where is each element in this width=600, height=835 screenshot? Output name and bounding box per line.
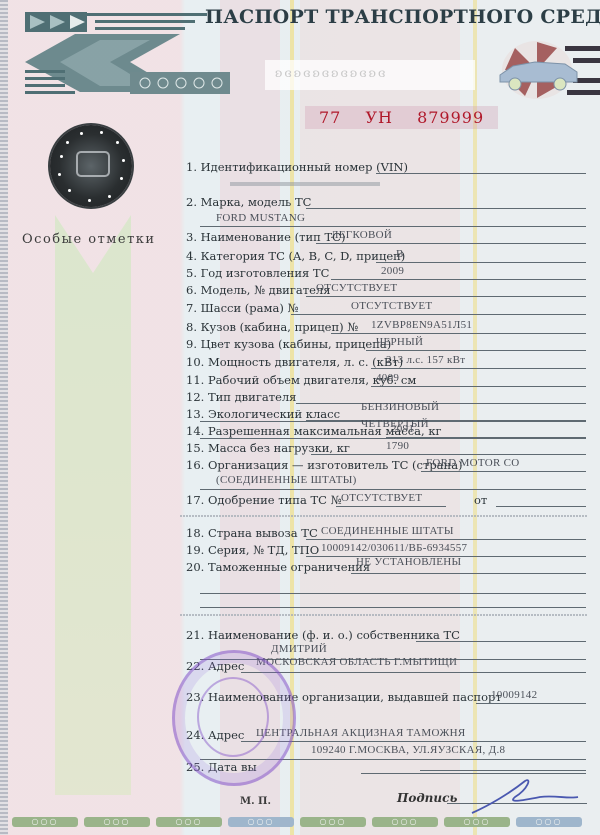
- field-16: 16. Организация — изготовитель ТС (стран…: [186, 458, 586, 472]
- field-21: 21. Наименование (ф. и. о.) собственника…: [186, 628, 586, 642]
- continuation-line: [200, 489, 586, 490]
- vin-value-redacted: [230, 182, 380, 186]
- continuation-line: [200, 438, 586, 439]
- field-value: НЕ УСТАНОВЛЕНЫ: [356, 556, 461, 568]
- field-underline: [386, 437, 586, 438]
- field-value: FORD MUSTANG: [216, 212, 305, 224]
- section-divider: [180, 515, 588, 517]
- field-value: 10009142/030611/ВБ-6934557: [321, 542, 467, 554]
- signature-icon: [470, 775, 580, 815]
- field-underline: [496, 506, 586, 507]
- field-label: 10. Мощность двигателя, л. с. (кВт): [186, 355, 403, 369]
- field-label: 16. Организация — изготовитель ТС (стран…: [186, 458, 463, 472]
- field-2: 2. Марка, модель ТСFORD MUSTANG: [186, 195, 586, 209]
- field-underline: [421, 471, 586, 472]
- chevron-arrows-emblem-icon: [20, 12, 230, 107]
- background-chevron: [55, 215, 131, 795]
- field-label: 8. Кузов (кабина, прицеп) №: [186, 320, 358, 334]
- field-underline: [366, 350, 586, 351]
- field-label: 7. Шасси (рама) №: [186, 301, 298, 315]
- field-value: МОСКОВСКАЯ ОБЛАСТЬ Г.МЫТИЩИ: [256, 656, 457, 668]
- field-value: FORD MOTOR CO: [426, 457, 520, 469]
- field-label: 13. Экологический класс: [186, 407, 340, 421]
- field-underline: [371, 368, 586, 369]
- field-underline: [371, 386, 586, 387]
- field-value: ЧЕРНЫЙ: [376, 336, 423, 348]
- field-label: 5. Год изготовления ТС: [186, 266, 329, 280]
- field-15: 15. Масса без нагрузки, кг1790: [186, 441, 586, 455]
- mp-label: М. П.: [240, 796, 271, 807]
- field-label: 17. Одобрение типа ТС №: [186, 493, 341, 507]
- date-line: [420, 770, 586, 771]
- hologram-seal-icon: [50, 125, 132, 207]
- watermark-band: ʚɞʚɞʚɞʚɞʚɞʚɞ: [265, 60, 475, 90]
- strip-segment: ○○○: [300, 817, 366, 827]
- field-17: 17. Одобрение типа ТС №отОТСУТСТВУЕТ: [186, 493, 586, 507]
- blank-line: [200, 593, 586, 594]
- field-underline: [316, 243, 586, 244]
- field-label: 6. Модель, № двигателя: [186, 283, 330, 297]
- field-label: 19. Серия, № ТД, ТПО: [186, 543, 319, 557]
- field-underline: [306, 208, 586, 209]
- field-underline: [376, 173, 586, 174]
- blank-line: [200, 607, 586, 608]
- field-underline: [241, 672, 586, 673]
- field-underline: [291, 314, 586, 315]
- field-18: 18. Страна вывоза ТССОЕДИНЕННЫЕ ШТАТЫ: [186, 526, 586, 540]
- field-underline: [361, 773, 586, 774]
- field-underline: [376, 262, 586, 263]
- field-value: ЛЕГКОВОЙ: [331, 229, 392, 241]
- field-14: 14. Разрешенная максимальная масса, кг20…: [186, 424, 586, 438]
- field-underline: [306, 296, 586, 297]
- field-label: 18. Страна вывоза ТС: [186, 526, 318, 540]
- field-underline: [241, 741, 586, 742]
- field-9: 9. Цвет кузова (кабины, прицепа)ЧЕРНЫЙ: [186, 337, 586, 351]
- field-label: 3. Наименование (тип ТС): [186, 230, 345, 244]
- strip-segment: ○○○: [84, 817, 150, 827]
- field-value: 2009: [381, 265, 404, 277]
- field-4: 4. Категория ТС (A, B, C, D, прицеп)B: [186, 249, 586, 263]
- field-value: СОЕДИНЕННЫЕ ШТАТЫ: [321, 525, 454, 537]
- field-label: 2. Марка, модель ТС: [186, 195, 311, 209]
- field-5: 5. Год изготовления ТС2009: [186, 266, 586, 280]
- passport-serial-number: 77 УН 879999: [305, 106, 498, 129]
- strip-segment: ○○○: [516, 817, 582, 827]
- field-10: 10. Мощность двигателя, л. с. (кВт)213 л…: [186, 355, 586, 369]
- strip-segment: ○○○: [372, 817, 438, 827]
- field-underline: [416, 641, 586, 642]
- field-11: 11. Рабочий объем двигателя, куб. см4009: [186, 373, 586, 387]
- serial-region: 77: [319, 108, 341, 127]
- field-value: ОТСУТСТВУЕТ: [341, 492, 422, 504]
- special-marks-label: Особые отметки: [22, 232, 156, 247]
- section-divider: [180, 614, 588, 616]
- field-7: 7. Шасси (рама) №ОТСУТСТВУЕТ: [186, 301, 586, 315]
- field-label: 9. Цвет кузова (кабины, прицепа): [186, 337, 391, 351]
- serial-series: УН: [365, 108, 393, 127]
- field-label: 20. Таможенные ограничения: [186, 560, 370, 574]
- continuation-line: [200, 226, 586, 227]
- field-value: ОТСУТСТВУЕТ: [351, 300, 432, 312]
- field-value: (СОЕДИНЕННЫЕ ШТАТЫ): [216, 474, 357, 486]
- field-suffix: от: [474, 493, 487, 507]
- car-emblem-icon: [495, 40, 600, 100]
- field-underline: [351, 573, 586, 574]
- field-underline: [296, 403, 586, 404]
- field-label: 15. Масса без нагрузки, кг: [186, 441, 350, 455]
- field-label: 12. Тип двигателя: [186, 390, 296, 404]
- field-12: 12. Тип двигателяБЕНЗИНОВЫЙ: [186, 390, 586, 404]
- serial-number: 879999: [417, 108, 484, 127]
- field-underline: [306, 420, 586, 421]
- field-value: 10009142: [491, 689, 537, 701]
- security-strip: ○○○○○○○○○○○○○○○○○○○○○○○○: [8, 817, 600, 829]
- document-title: ПАСПОРТ ТРАНСПОРТНОГО СРЕДСТВА: [205, 6, 600, 28]
- field-label: 4. Категория ТС (A, B, C, D, прицеп): [186, 249, 405, 263]
- field-value: ДМИТРИЙ: [271, 643, 327, 655]
- strip-segment: ○○○: [12, 817, 78, 827]
- strip-segment: ○○○: [156, 817, 222, 827]
- field-label: 1. Идентификационный номер (VIN): [186, 160, 408, 174]
- field-3: 3. Наименование (тип ТС)ЛЕГКОВОЙ: [186, 230, 586, 244]
- field-19: 19. Серия, № ТД, ТПО10009142/030611/ВБ-6…: [186, 543, 586, 557]
- field-value: 1ZVBP8EN9A51Л51: [371, 319, 472, 331]
- field-underline: [306, 539, 586, 540]
- field-underline: [331, 333, 586, 334]
- field-6: 6. Модель, № двигателяОТСУТСТВУЕТ: [186, 283, 586, 297]
- field-13: 13. Экологический классЧЕТВЕРТЫЙ: [186, 407, 586, 421]
- official-stamp-icon: [172, 650, 296, 786]
- field-underline: [311, 454, 586, 455]
- microtext-border: [0, 0, 8, 835]
- field-value: ОТСУТСТВУЕТ: [316, 282, 397, 294]
- field-label: 21. Наименование (ф. и. о.) собственника…: [186, 628, 460, 642]
- field-20: 20. Таможенные ограниченияНЕ УСТАНОВЛЕНЫ: [186, 560, 586, 574]
- field-value: 2091: [391, 423, 414, 435]
- field-value: 1790: [386, 440, 409, 452]
- strip-segment: ○○○: [444, 817, 510, 827]
- field-underline: [476, 703, 586, 704]
- field-8: 8. Кузов (кабина, прицеп) №1ZVBP8EN9A51Л…: [186, 320, 586, 334]
- field-1: 1. Идентификационный номер (VIN): [186, 160, 586, 174]
- field-value: 4009: [376, 372, 399, 384]
- field-value: 109240 Г.МОСКВА, УЛ.ЯУЗСКАЯ, Д.8: [311, 744, 505, 756]
- field-underline: [331, 279, 586, 280]
- strip-segment: ○○○: [228, 817, 294, 827]
- field-value: 213 л.с. 157 кВт: [386, 354, 465, 366]
- field-value: B: [396, 248, 404, 260]
- field-underline: [336, 506, 446, 507]
